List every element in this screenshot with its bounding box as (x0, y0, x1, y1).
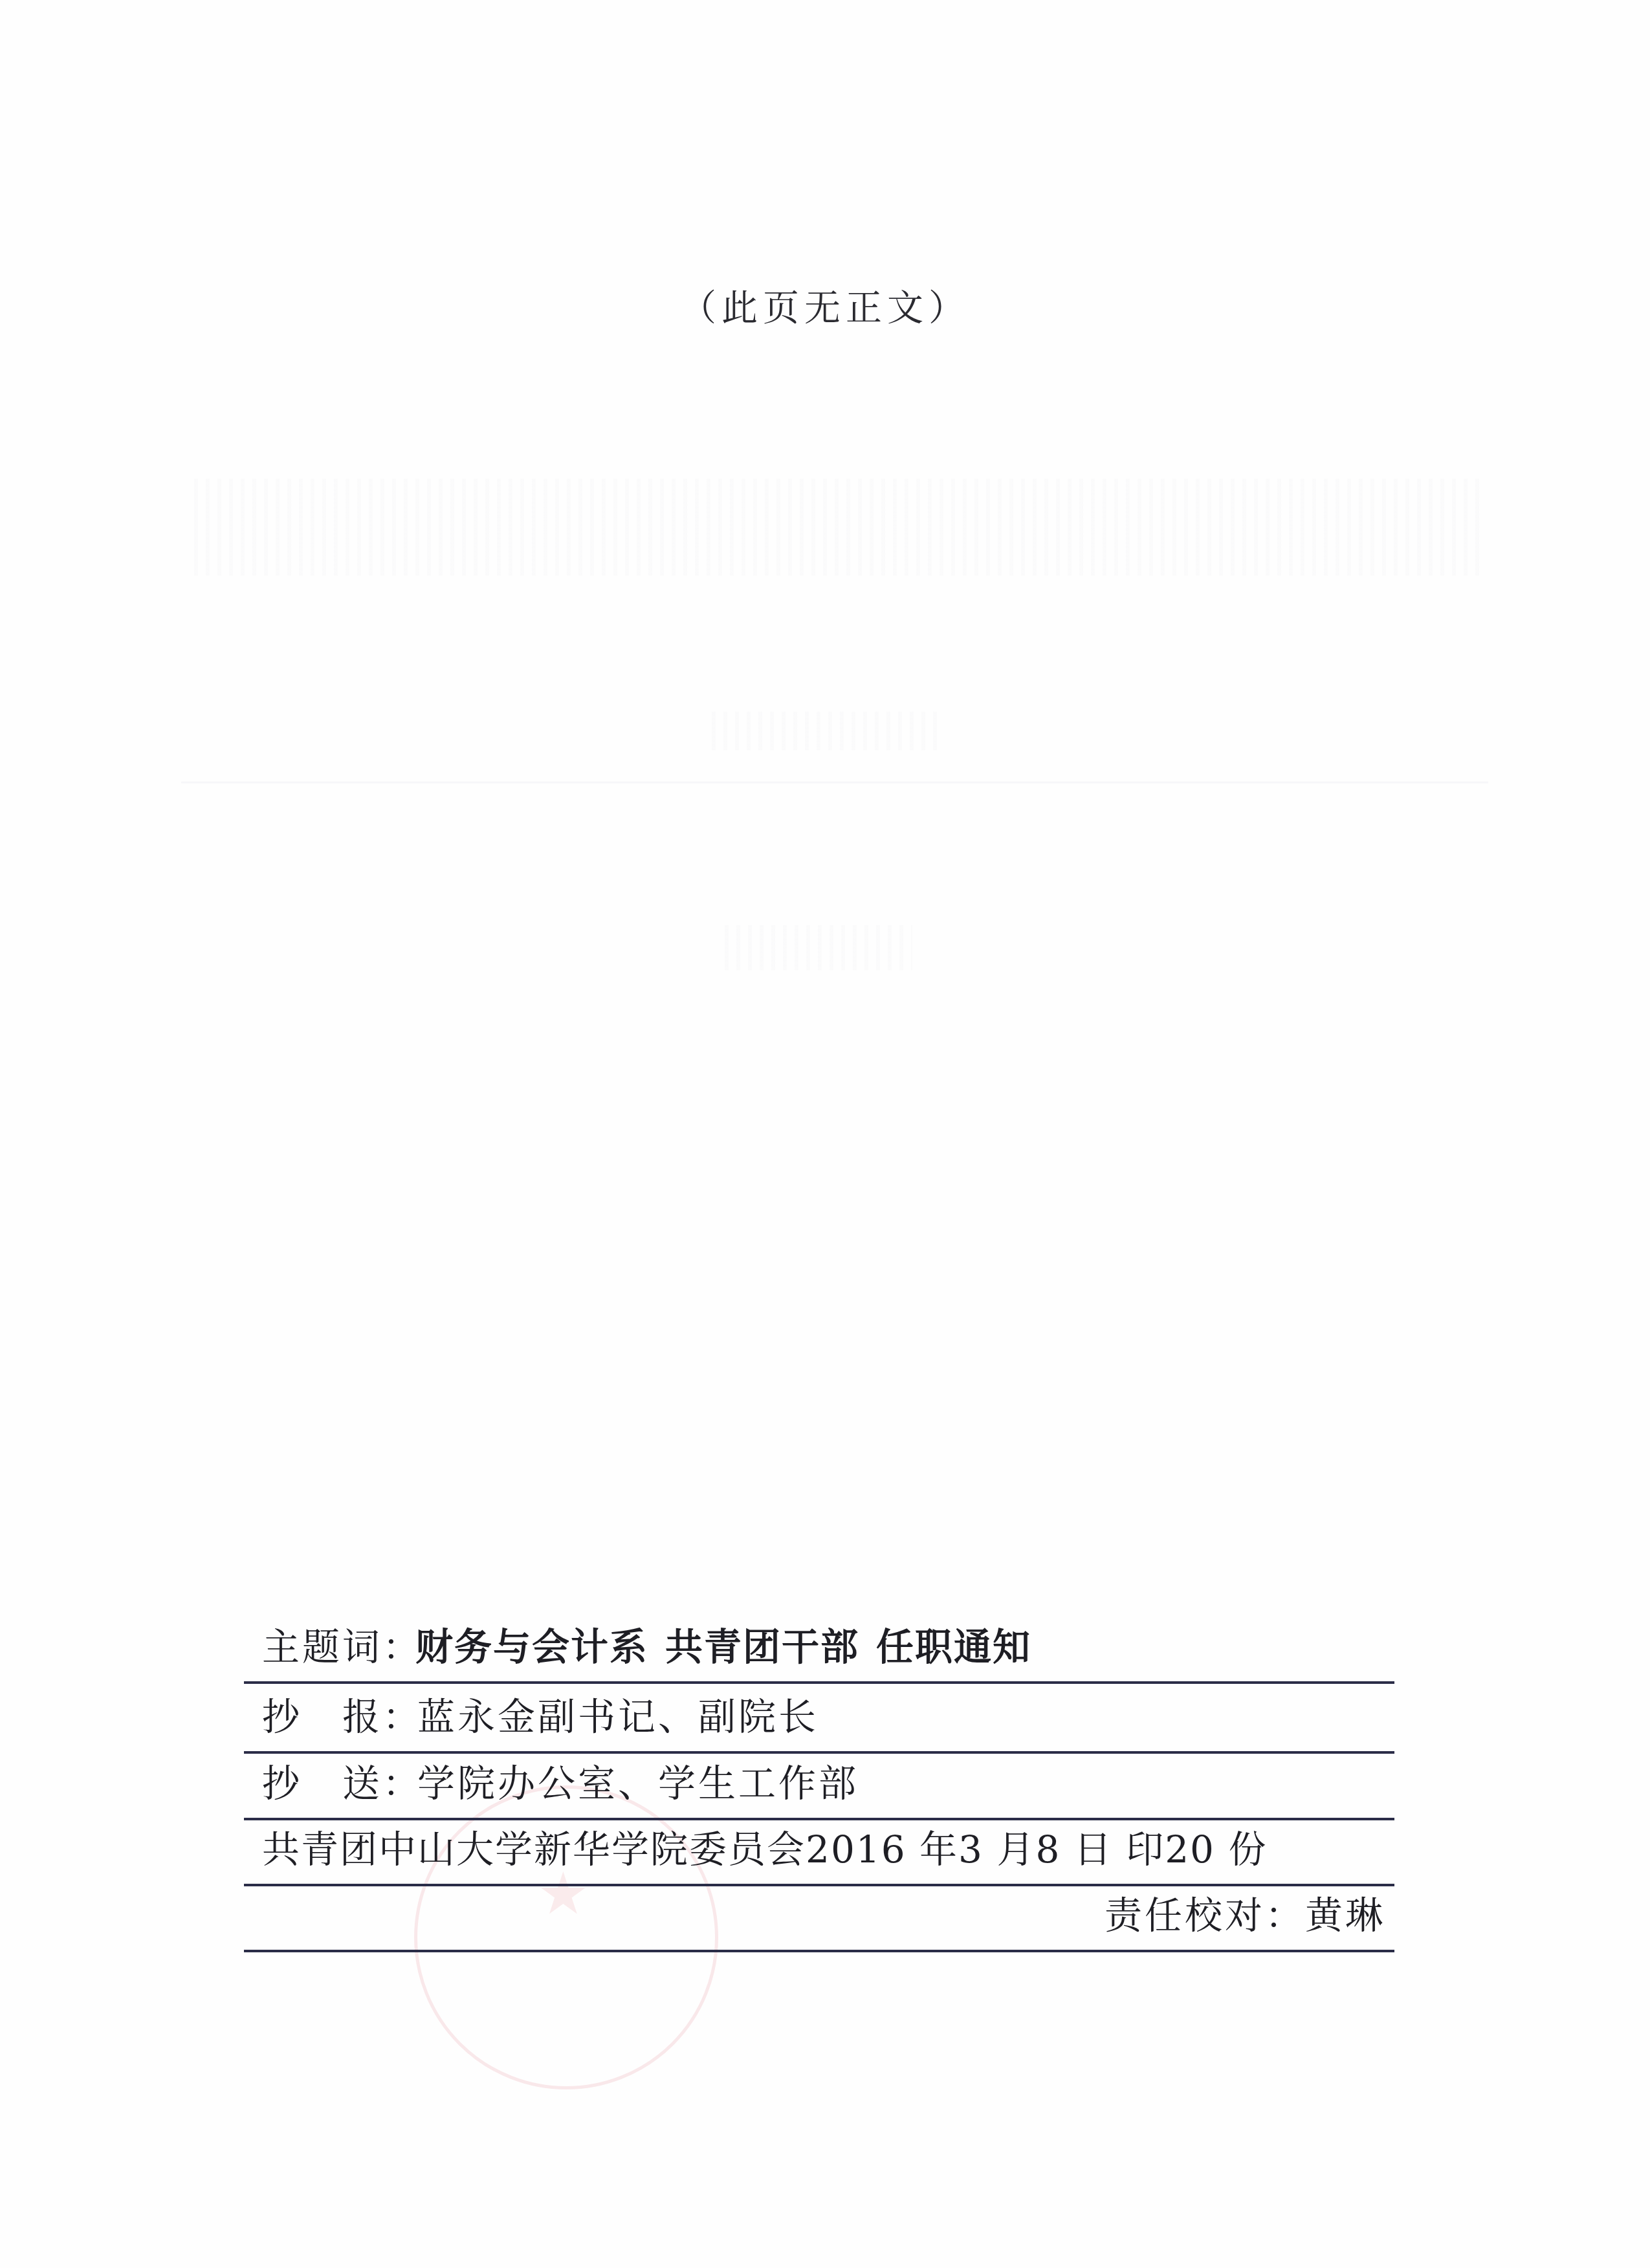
no-body-text-note: （此页无正文） (0, 279, 1650, 331)
copy-to-value: 学院办公室、学生工作部 (417, 1763, 859, 1804)
keyword-1: 财务与会计系 (415, 1625, 648, 1669)
proofreader-row: 责任校对：黄琳 (244, 1886, 1394, 1952)
subject-keywords-row: 主题词： 财务与会计系共青团干部任职通知 (244, 1617, 1394, 1684)
keyword-2: 共青团干部 (665, 1625, 859, 1669)
proofreader-info: 责任校对：黄琳 (1105, 1895, 1385, 1935)
show-through-doc-number (712, 712, 938, 750)
issuer-and-print-info: 共青团中山大学新华学院委员会2016 年3 月8 日 印20 份 (262, 1829, 1267, 1870)
copy-to-row: 抄 送： 学院办公室、学生工作部 (244, 1754, 1394, 1820)
document-page: （此页无正文） ★ 主题词： 财务与会计系共青团干部任职通知 抄 报： 蓝永金副… (0, 0, 1650, 2268)
issuer-row: 共青团中山大学新华学院委员会2016 年3 月8 日 印20 份 (244, 1820, 1394, 1886)
report-to-label: 抄 报： (262, 1697, 423, 1737)
subject-keywords-label: 主题词： (262, 1627, 423, 1667)
show-through-rule (181, 781, 1488, 783)
report-to-row: 抄 报： 蓝永金副书记、副院长 (244, 1687, 1394, 1754)
copy-to-label: 抄 送： (262, 1763, 423, 1804)
keyword-3: 任职通知 (876, 1625, 1031, 1669)
show-through-heading (725, 925, 912, 970)
report-to-value: 蓝永金副书记、副院长 (417, 1697, 819, 1737)
subject-keywords-values: 财务与会计系共青团干部任职通知 (415, 1627, 1031, 1667)
show-through-title (194, 479, 1482, 576)
